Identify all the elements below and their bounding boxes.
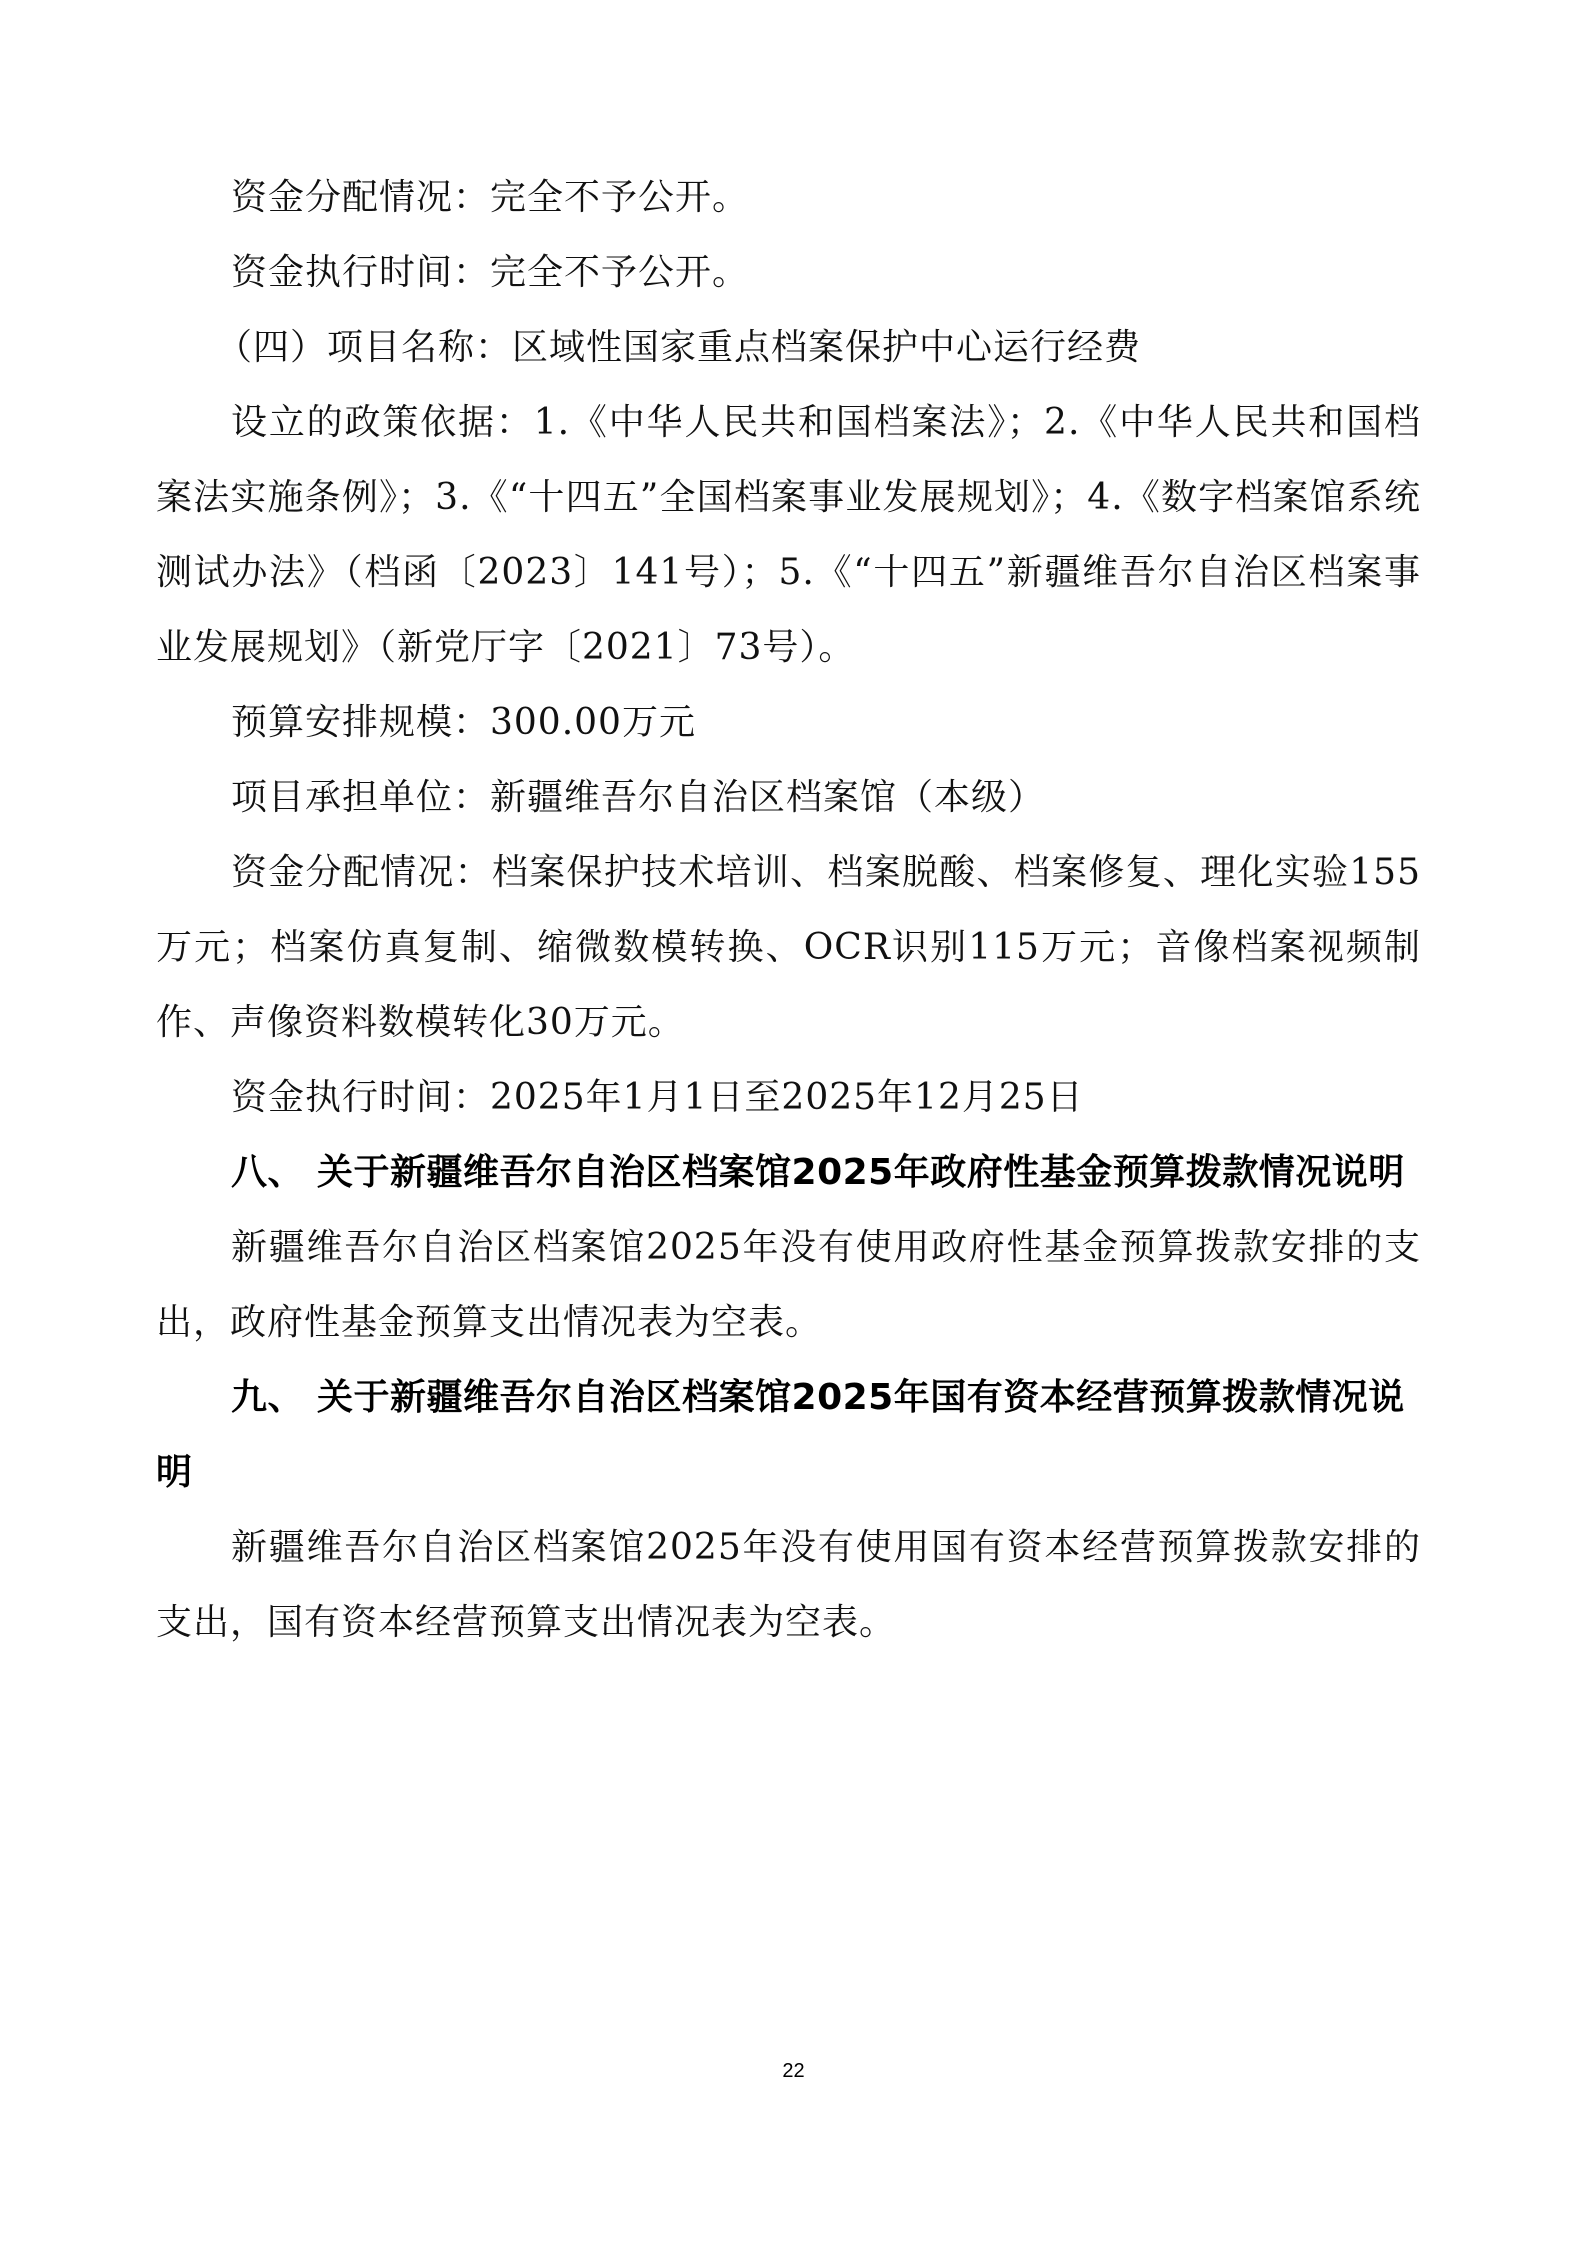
section-heading-8: 八、 关于新疆维吾尔自治区档案馆2025年政府性基金预算拨款情况说明 [156,1135,1421,1210]
paragraph-fund-allocation-3: 资金分配情况：完全不予公开。 [156,160,1421,235]
paragraph-policy-basis: 设立的政策依据：1.《中华人民共和国档案法》；2.《中华人民共和国档案法实施条例… [156,385,1421,685]
paragraph-budget-scale: 预算安排规模：300.00万元 [156,685,1421,760]
paragraph-state-capital-note: 新疆维吾尔自治区档案馆2025年没有使用国有资本经营预算拨款安排的支出，国有资本… [156,1510,1421,1660]
paragraph-fund-allocation-4: 资金分配情况：档案保护技术培训、档案脱酸、档案修复、理化实验155万元；档案仿真… [156,835,1421,1060]
document-page: 资金分配情况：完全不予公开。 资金执行时间：完全不予公开。 （四）项目名称：区域… [156,160,1421,1660]
paragraph-gov-fund-note: 新疆维吾尔自治区档案馆2025年没有使用政府性基金预算拨款安排的支出，政府性基金… [156,1210,1421,1360]
project-title-4: （四）项目名称：区域性国家重点档案保护中心运行经费 [156,310,1421,385]
paragraph-fund-execution-time-4: 资金执行时间：2025年1月1日至2025年12月25日 [156,1060,1421,1135]
paragraph-project-unit: 项目承担单位：新疆维吾尔自治区档案馆（本级） [156,760,1421,835]
section-heading-9: 九、 关于新疆维吾尔自治区档案馆2025年国有资本经营预算拨款情况说明 [156,1360,1421,1510]
page-number: 22 [0,2060,1587,2083]
paragraph-fund-execution-time-3: 资金执行时间：完全不予公开。 [156,235,1421,310]
